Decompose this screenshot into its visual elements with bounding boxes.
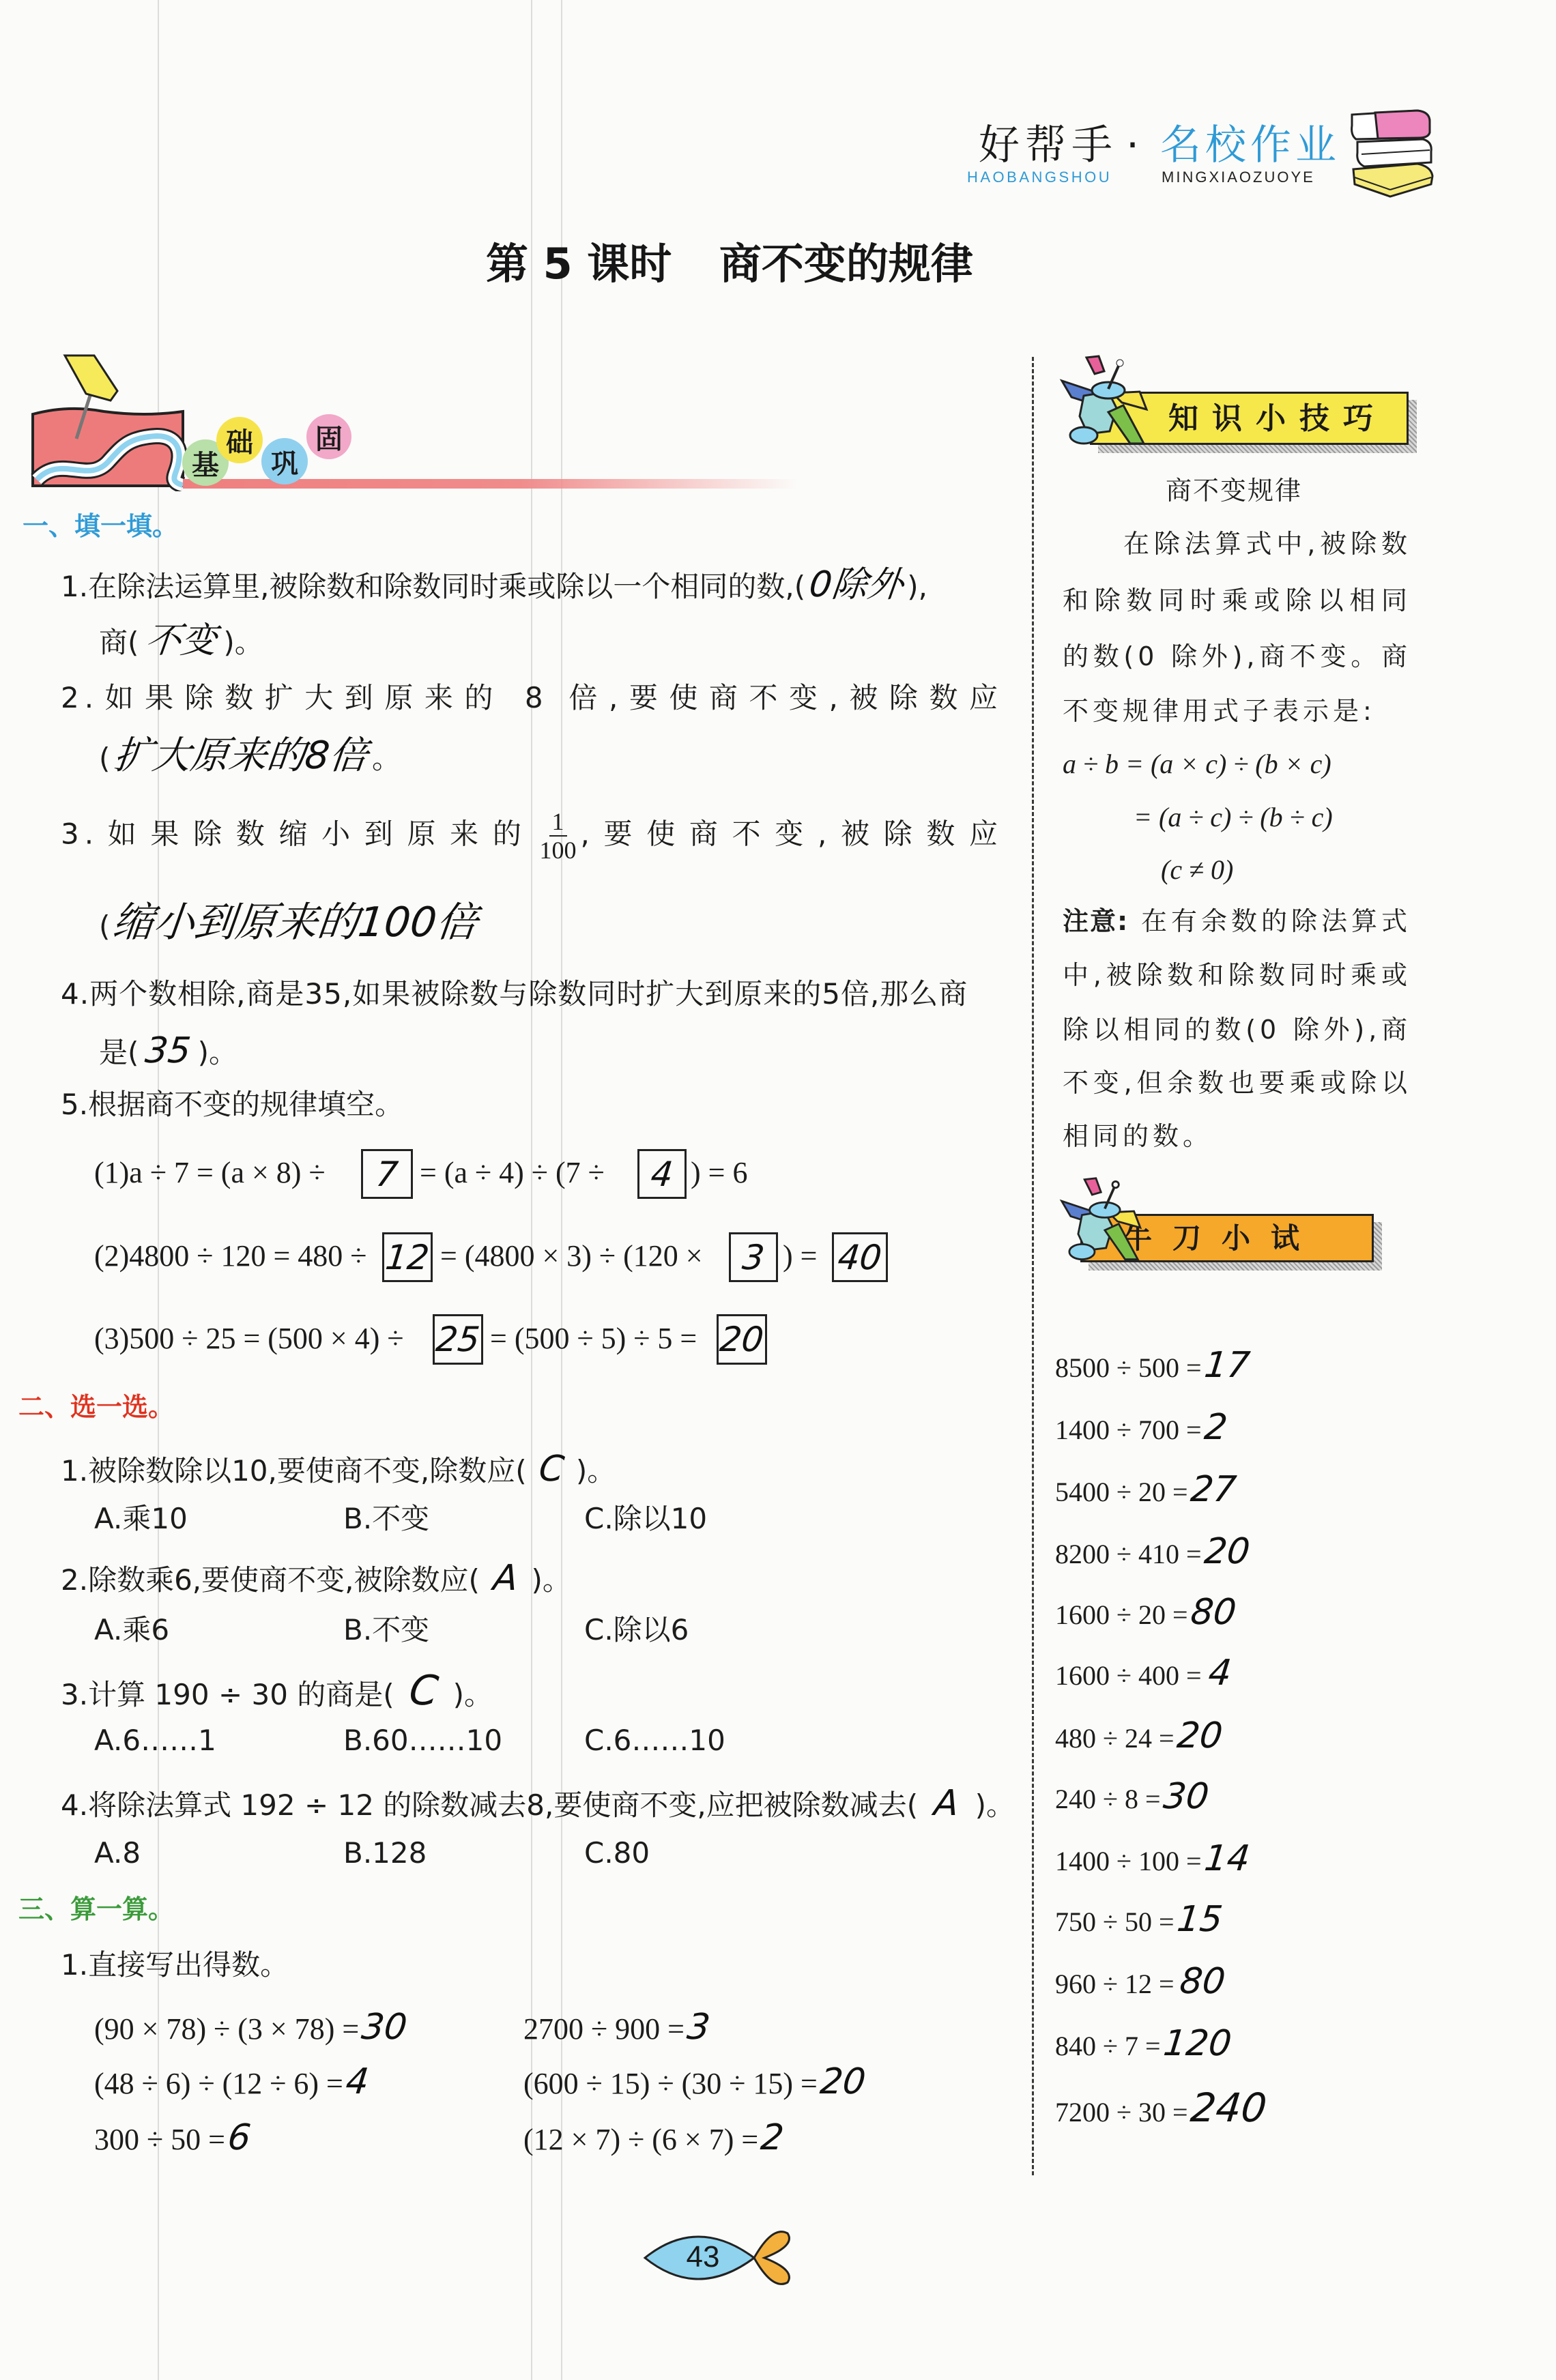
paren: ( — [99, 742, 110, 775]
choice-option-a: A.乘10 — [94, 1505, 188, 1533]
expression: 1400 ÷ 100 = — [1055, 1846, 1202, 1876]
page-number: 43 — [672, 2242, 734, 2272]
fraction-numerator: 1 — [549, 809, 567, 837]
handwritten-answer: 30 — [360, 2009, 409, 2045]
handwritten-answer: 20 — [1175, 1718, 1224, 1754]
practice-item: 1400 ÷ 700 =2 — [1055, 1410, 1227, 1445]
choice-option-a: A.6……1 — [94, 1726, 216, 1755]
handwritten-answer: 扩大原来的8倍 — [112, 737, 370, 775]
expression: 2700 ÷ 900 = — [523, 2012, 685, 2046]
expression: (48 ÷ 6) ÷ (12 ÷ 6) = — [94, 2067, 343, 2100]
fraction-denominator: 100 — [540, 837, 577, 862]
handwritten-answer: 25 — [434, 1320, 482, 1359]
question-text: )。 — [576, 1454, 616, 1487]
fill-question-2: 2.如果除数扩大到原来的 8 倍,要使商不变,被除数应 — [61, 684, 1003, 712]
expression: 8200 ÷ 410 = — [1055, 1539, 1202, 1569]
question-text: 2.除数乘6,要使商不变,被除数应( — [61, 1563, 480, 1597]
question-text: )。 — [223, 626, 263, 659]
handwritten-answer: 35 — [144, 1033, 193, 1069]
handwritten-answer: 80 — [1178, 1964, 1227, 1999]
handwritten-answer: 17 — [1202, 1348, 1252, 1383]
question-text: 3.计算 190 ÷ 30 的商是( — [61, 1678, 394, 1711]
choice-option-b: B.60……10 — [343, 1726, 502, 1755]
brand-name-black: 好帮手 — [979, 125, 1118, 166]
handwritten-answer: 3 — [740, 1238, 766, 1277]
answer-box: 12 — [382, 1232, 433, 1282]
practice-item: 1600 ÷ 400 =4 — [1055, 1655, 1231, 1691]
handwritten-answer: 120 — [1162, 2026, 1233, 2061]
section-heading-choice: 二、选一选。 — [18, 1394, 174, 1420]
handwritten-answer: 4 — [649, 1155, 675, 1194]
expression: 960 ÷ 12 = — [1055, 1969, 1175, 1999]
handwritten-answer: 2 — [759, 2120, 786, 2156]
practice-banner-label: 牛刀小试 — [1123, 1224, 1320, 1253]
calc-subheading: 1.直接写出得数。 — [61, 1951, 289, 1979]
choice-option-c: C.除以6 — [584, 1616, 689, 1644]
expression: 240 ÷ 8 = — [1055, 1784, 1161, 1814]
choice-question-1: 1.被除数除以10,要使商不变,除数应(C)。 — [61, 1451, 616, 1487]
brand-name-blue: 名校作业 — [1160, 125, 1340, 166]
choice-option-c: C.6……10 — [584, 1726, 725, 1755]
lesson-number: 第 5 课时 — [486, 239, 672, 289]
equation-segment: (2)4800 ÷ 120 = 480 ÷ — [94, 1241, 366, 1271]
satellite-icon — [1059, 1172, 1148, 1269]
answer-box: 3 — [729, 1232, 778, 1282]
expression: 1600 ÷ 20 = — [1055, 1599, 1188, 1630]
answer-box: 7 — [361, 1149, 413, 1199]
practice-item: 8500 ÷ 500 =17 — [1055, 1348, 1250, 1383]
note-line: 不变,但余数也要乘或除以 — [1063, 1070, 1411, 1096]
choice-option-c: C.除以10 — [584, 1505, 707, 1533]
calc-item: (12 × 7) ÷ (6 × 7) =2 — [523, 2120, 783, 2156]
fill-question-5: 5.根据商不变的规律填空。 — [61, 1090, 403, 1119]
handwritten-answer: 4 — [344, 2064, 371, 2100]
question-text: 1.在除法运算里,被除数和除数同时乘或除以一个相同的数,( — [61, 570, 805, 603]
expression: 8500 ÷ 500 = — [1055, 1352, 1202, 1383]
fill-question-4: 4.两个数相除,商是35,如果被除数与除数同时扩大到原来的5倍,那么商 — [61, 980, 968, 1008]
answer-box: 20 — [717, 1314, 767, 1365]
note-line: 相同的数。 — [1063, 1123, 1213, 1149]
practice-item: 1600 ÷ 20 =80 — [1055, 1595, 1236, 1630]
handwritten-answer: A — [932, 1786, 960, 1821]
satellite-icon — [1059, 353, 1155, 450]
formula-condition: (c ≠ 0) — [1161, 856, 1233, 884]
brand-dot: · — [1126, 125, 1139, 166]
handwritten-answer: 30 — [1162, 1779, 1211, 1814]
period: 。 — [372, 742, 401, 775]
handwritten-answer: 0除外 — [807, 567, 905, 603]
choice-question-2: 2.除数乘6,要使商不变,被除数应(A)。 — [61, 1561, 571, 1596]
handwritten-answer: 6 — [226, 2120, 253, 2156]
expression: 1400 ÷ 700 = — [1055, 1414, 1202, 1445]
fill-question-3: 3.如果除数缩小到原来的1100,要使商不变,被除数应 — [61, 809, 1003, 862]
calc-item: (48 ÷ 6) ÷ (12 ÷ 6) =4 — [94, 2064, 369, 2100]
equation-segment: = (500 ÷ 5) ÷ 5 = — [490, 1324, 697, 1354]
handwritten-answer: 不变 — [144, 623, 218, 658]
brand-pinyin-left: HAOBANGSHOU — [967, 170, 1112, 185]
banner-char-gu: 固 — [306, 414, 351, 459]
fill-question-3-answer-line: (缩小到原来的100倍 — [99, 902, 478, 943]
formula-line-2: = (a ÷ c) ÷ (b ÷ c) — [1134, 804, 1333, 831]
fraction-one-hundredth: 1100 — [540, 809, 577, 862]
expression: (600 ÷ 15) ÷ (30 ÷ 15) = — [523, 2067, 818, 2100]
expression: 750 ÷ 50 = — [1055, 1906, 1175, 1937]
question-text: 商( — [99, 626, 139, 659]
expression: 5400 ÷ 20 = — [1055, 1477, 1188, 1507]
calc-item: 300 ÷ 50 =6 — [94, 2120, 250, 2156]
handwritten-answer: 14 — [1202, 1841, 1252, 1876]
fill-question-1-line-2: 商(不变)。 — [99, 623, 263, 658]
books-stack-icon — [1348, 106, 1438, 198]
tips-line: 在除法算式中,被除数 — [1123, 531, 1411, 557]
handwritten-answer: 240 — [1188, 2088, 1268, 2128]
equation-segment: ) = 6 — [691, 1158, 747, 1188]
answer-box: 25 — [433, 1314, 483, 1365]
calc-item: 2700 ÷ 900 =3 — [523, 2009, 710, 2045]
choice-option-a: A.乘6 — [94, 1616, 169, 1644]
tips-line: 和除数同时乘或除以相同 — [1063, 587, 1411, 613]
expression: 480 ÷ 24 = — [1055, 1723, 1175, 1754]
note-label: 注意: — [1063, 908, 1129, 934]
tips-banner-label: 知识小技巧 — [1168, 404, 1387, 434]
equation-segment: (1)a ÷ 7 = (a × 8) ÷ — [94, 1158, 326, 1188]
practice-item: 1400 ÷ 100 =14 — [1055, 1841, 1250, 1876]
handwritten-answer: 20 — [718, 1320, 766, 1359]
answer-box: 40 — [832, 1232, 888, 1282]
handwritten-answer: 12 — [384, 1238, 431, 1277]
note-line: 中,被除数和除数同时乘或 — [1063, 962, 1411, 988]
note-line: 注意:在有余数的除法算式 — [1063, 908, 1411, 934]
note-text: 在有余数的除法算式 — [1141, 908, 1411, 934]
workbook-page: 好帮手 · 名校作业 HAOBANGSHOU MINGXIAOZUOYE 第 5… — [0, 0, 1556, 2380]
practice-item: 240 ÷ 8 =30 — [1055, 1779, 1209, 1814]
beach-umbrella-illustration — [27, 351, 191, 491]
equation-segment: ) = — [783, 1241, 817, 1271]
answer-box: 4 — [637, 1149, 687, 1199]
choice-option-b: B.不变 — [343, 1505, 429, 1533]
question-text: )。 — [531, 1563, 571, 1597]
choice-option-a: A.8 — [94, 1839, 141, 1868]
question-text: 4.将除法算式 192 ÷ 12 的除数减去8,要使商不变,应把被除数减去( — [61, 1788, 918, 1822]
expression: 7200 ÷ 30 = — [1055, 2097, 1188, 2128]
question-text: )。 — [975, 1788, 1015, 1822]
handwritten-answer: 3 — [685, 2009, 712, 2045]
question-text: )。 — [453, 1678, 493, 1711]
section-heading-fill: 一、填一填。 — [23, 513, 178, 539]
column-divider — [1032, 357, 1034, 2175]
practice-item: 960 ÷ 12 =80 — [1055, 1964, 1225, 1999]
handwritten-answer: 4 — [1207, 1655, 1233, 1691]
calc-item: (600 ÷ 15) ÷ (30 ÷ 15) =20 — [523, 2064, 865, 2100]
practice-item: 750 ÷ 50 =15 — [1055, 1902, 1222, 1937]
question-text: ), — [907, 570, 927, 603]
expression: 300 ÷ 50 = — [94, 2123, 225, 2156]
question-text: )。 — [198, 1036, 237, 1069]
practice-item: 8200 ÷ 410 =20 — [1055, 1534, 1250, 1569]
fill-question-4-line-2: 是(35)。 — [99, 1033, 237, 1069]
fill-question-1: 1.在除法运算里,被除数和除数同时乘或除以一个相同的数,(0除外), — [61, 567, 927, 603]
page-title: 第 5 课时 商不变的规律 — [486, 243, 973, 285]
section-heading-calc: 三、算一算。 — [18, 1896, 174, 1922]
handwritten-answer: 20 — [818, 2064, 867, 2100]
choice-option-b: B.128 — [343, 1839, 427, 1868]
expression: 1600 ÷ 400 = — [1055, 1660, 1202, 1691]
expression: (90 × 78) ÷ (3 × 78) = — [94, 2012, 359, 2046]
handwritten-answer: C — [407, 1670, 440, 1711]
fill-question-2-answer-line: (扩大原来的8倍。 — [99, 737, 401, 775]
practice-item: 840 ÷ 7 =120 — [1055, 2026, 1231, 2061]
note-line: 除以相同的数(0 除外),商 — [1063, 1017, 1411, 1043]
handwritten-answer: 27 — [1189, 1472, 1238, 1507]
handwritten-answer: C — [537, 1451, 566, 1487]
equation-segment: = (a ÷ 4) ÷ (7 ÷ — [420, 1158, 605, 1188]
question-text: 3.如果除数缩小到原来的 — [61, 817, 536, 851]
handwritten-answer: 7 — [374, 1155, 400, 1194]
handwritten-answer: 40 — [836, 1238, 884, 1277]
handwritten-answer: 15 — [1175, 1902, 1224, 1937]
brand-pinyin-right: MINGXIAOZUOYE — [1162, 170, 1315, 185]
banner-char-gong: 巩 — [261, 438, 308, 484]
calc-item: (90 × 78) ÷ (3 × 78) =30 — [94, 2009, 407, 2045]
practice-item: 7200 ÷ 30 =240 — [1055, 2088, 1266, 2128]
practice-item: 5400 ÷ 20 =27 — [1055, 1472, 1236, 1507]
choice-question-4: 4.将除法算式 192 ÷ 12 的除数减去8,要使商不变,应把被除数减去(A)… — [61, 1786, 1015, 1821]
paren: ( — [99, 910, 110, 943]
tips-title: 商不变规律 — [1166, 478, 1302, 504]
equation-segment: = (4800 × 3) ÷ (120 × — [440, 1241, 703, 1271]
question-text: 1.被除数除以10,要使商不变,除数应( — [61, 1454, 527, 1487]
handwritten-answer: 20 — [1202, 1534, 1252, 1569]
handwritten-answer: 2 — [1202, 1410, 1229, 1445]
banner-char-chu: 础 — [216, 417, 263, 463]
tips-line: 不变规律用式子表示是: — [1063, 698, 1376, 724]
handwritten-answer: A — [491, 1561, 519, 1596]
choice-option-b: B.不变 — [343, 1616, 429, 1644]
choice-option-c: C.80 — [584, 1839, 650, 1868]
lesson-topic: 商不变的规律 — [719, 239, 973, 289]
practice-item: 480 ÷ 24 =20 — [1055, 1718, 1222, 1754]
choice-question-3: 3.计算 190 ÷ 30 的商是(C)。 — [61, 1670, 493, 1711]
question-text: ,要使商不变,被除数应 — [581, 817, 1003, 851]
question-text: 是( — [99, 1036, 139, 1069]
handwritten-answer: 80 — [1189, 1595, 1238, 1630]
formula-line-1: a ÷ b = (a × c) ÷ (b × c) — [1063, 751, 1331, 778]
expression: (12 × 7) ÷ (6 × 7) = — [523, 2123, 758, 2156]
equation-segment: (3)500 ÷ 25 = (500 × 4) ÷ — [94, 1324, 404, 1354]
tips-line: 的数(0 除外),商不变。商 — [1063, 643, 1411, 669]
expression: 840 ÷ 7 = — [1055, 2031, 1161, 2061]
handwritten-answer: 缩小到原来的100倍 — [111, 902, 480, 943]
